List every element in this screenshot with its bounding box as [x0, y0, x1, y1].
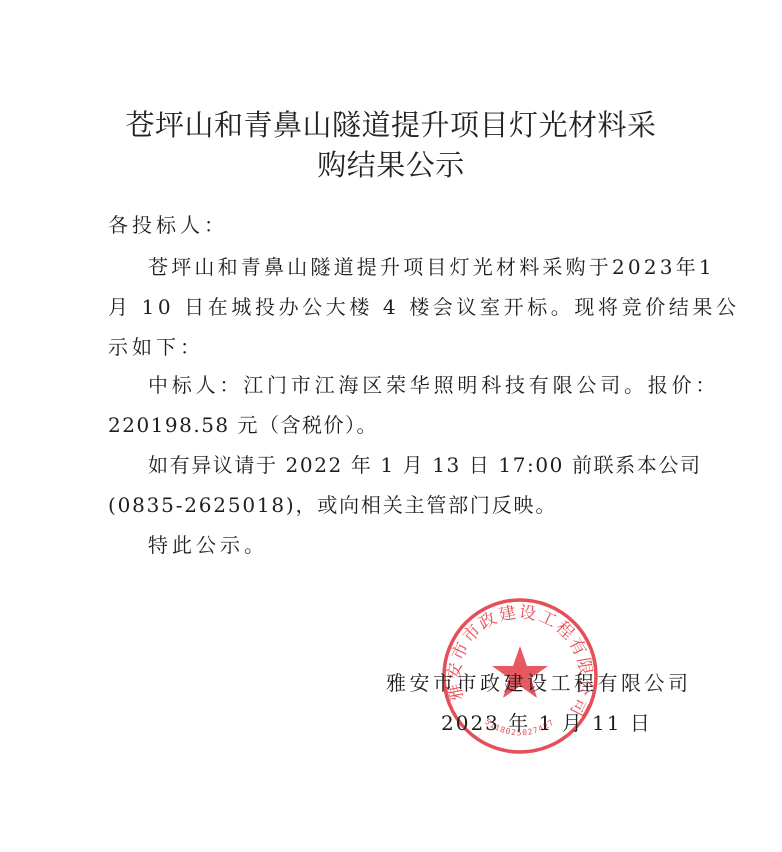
paragraph1-line1: 苍坪山和青鼻山隧道提升项目灯光材料采购于2023年1 — [148, 251, 715, 280]
winner-line1: 中标人：江门市江海区荣华照明科技有限公司。报价： — [148, 369, 719, 398]
document-title-line1: 苍坪山和青鼻山隧道提升项目灯光材料采 — [0, 103, 782, 144]
paragraph1-line3: 示如下： — [108, 331, 204, 360]
document-title-line2: 购结果公示 — [0, 143, 782, 184]
signature-date: 2023 年 1 月 11 日 — [441, 707, 652, 736]
svg-text:雅安市市政建设工程有限公司: 雅安市市政建设工程有限公司 — [444, 602, 595, 720]
winner-line2: 220198.58 元（含税价）。 — [108, 409, 378, 438]
objection-line2: (0835-2625018)，或向相关主管部门反映。 — [108, 489, 557, 518]
objection-line1: 如有异议请于 2022 年 1 月 13 日 17:00 前联系本公司 — [148, 449, 702, 478]
salutation: 各投标人： — [108, 209, 228, 238]
signatory-company: 雅安市市政建设工程有限公司 — [386, 667, 692, 696]
paragraph1-line2: 月 10 日在城投办公大楼 4 楼会议室开标。现将竞价结果公 — [108, 291, 740, 320]
closing-text: 特此公示。 — [148, 529, 268, 558]
seal-text: 雅安市市政建设工程有限公司 — [444, 602, 595, 720]
